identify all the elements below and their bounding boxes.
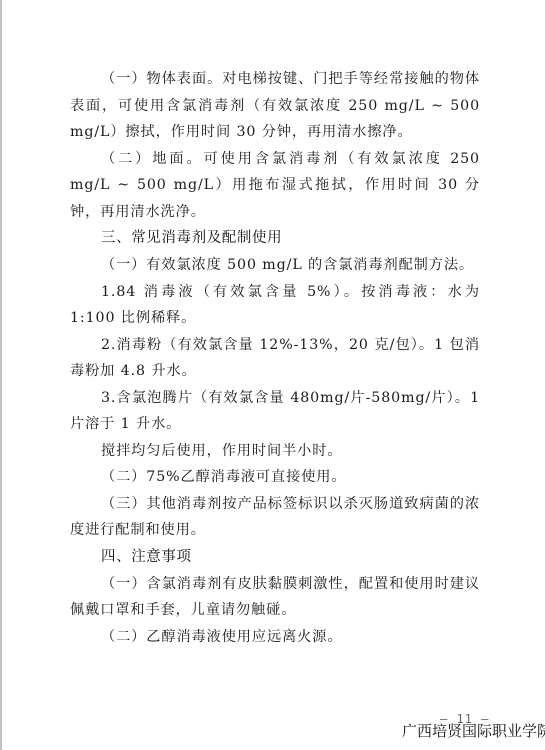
paragraph-ethanol: （二）75%乙醇消毒液可直接使用。 (70, 464, 480, 491)
section-heading-disinfectants: 三、常见消毒剂及配制使用 (70, 225, 480, 252)
paragraph-ethanol-precaution: （二）乙醇消毒液使用应远离火源。 (70, 624, 480, 651)
paragraph-preparation-method: （一）有效氯浓度 500 mg/L 的含氯消毒剂配制方法。 (70, 252, 480, 279)
paragraph-84-solution: 1.84 消毒液（有效氯含量 5%）。按消毒液：水为 1:100 比例稀释。 (70, 279, 480, 332)
paragraph-chlorine-precaution: （一）含氯消毒剂有皮肤黏膜刺激性，配置和使用时建议佩戴口罩和手套，儿童请勿触碰。 (70, 571, 480, 624)
section-heading-precautions: 四、注意事项 (70, 544, 480, 571)
paragraph-disinfectant-powder: 2.消毒粉（有效氯含量 12%-13%，20 克/包）。1 包消毒粉加 4.8 … (70, 332, 480, 385)
paragraph-floor-disinfection: （二）地面。可使用含氯消毒剂（有效氯浓度 250 mg/L ~ 500 mg/L… (70, 146, 480, 226)
page-left-edge (0, 0, 2, 750)
paragraph-stir-instructions: 搅拌均匀后使用，作用时间半小时。 (70, 438, 480, 465)
institution-watermark: 广西培贤国际职业学院 (402, 720, 545, 741)
paragraph-effervescent-tablet: 3.含氯泡腾片（有效氯含量 480mg/片-580mg/片）。1 片溶于 1 升… (70, 385, 480, 438)
paragraph-surface-disinfection: （一）物体表面。对电梯按键、门把手等经常接触的物体表面，可使用含氯消毒剂（有效氯… (70, 66, 480, 146)
paragraph-other-disinfectants: （三）其他消毒剂按产品标签标识以杀灭肠道致病菌的浓度进行配制和使用。 (70, 491, 480, 544)
document-body: （一）物体表面。对电梯按键、门把手等经常接触的物体表面，可使用含氯消毒剂（有效氯… (70, 66, 480, 650)
